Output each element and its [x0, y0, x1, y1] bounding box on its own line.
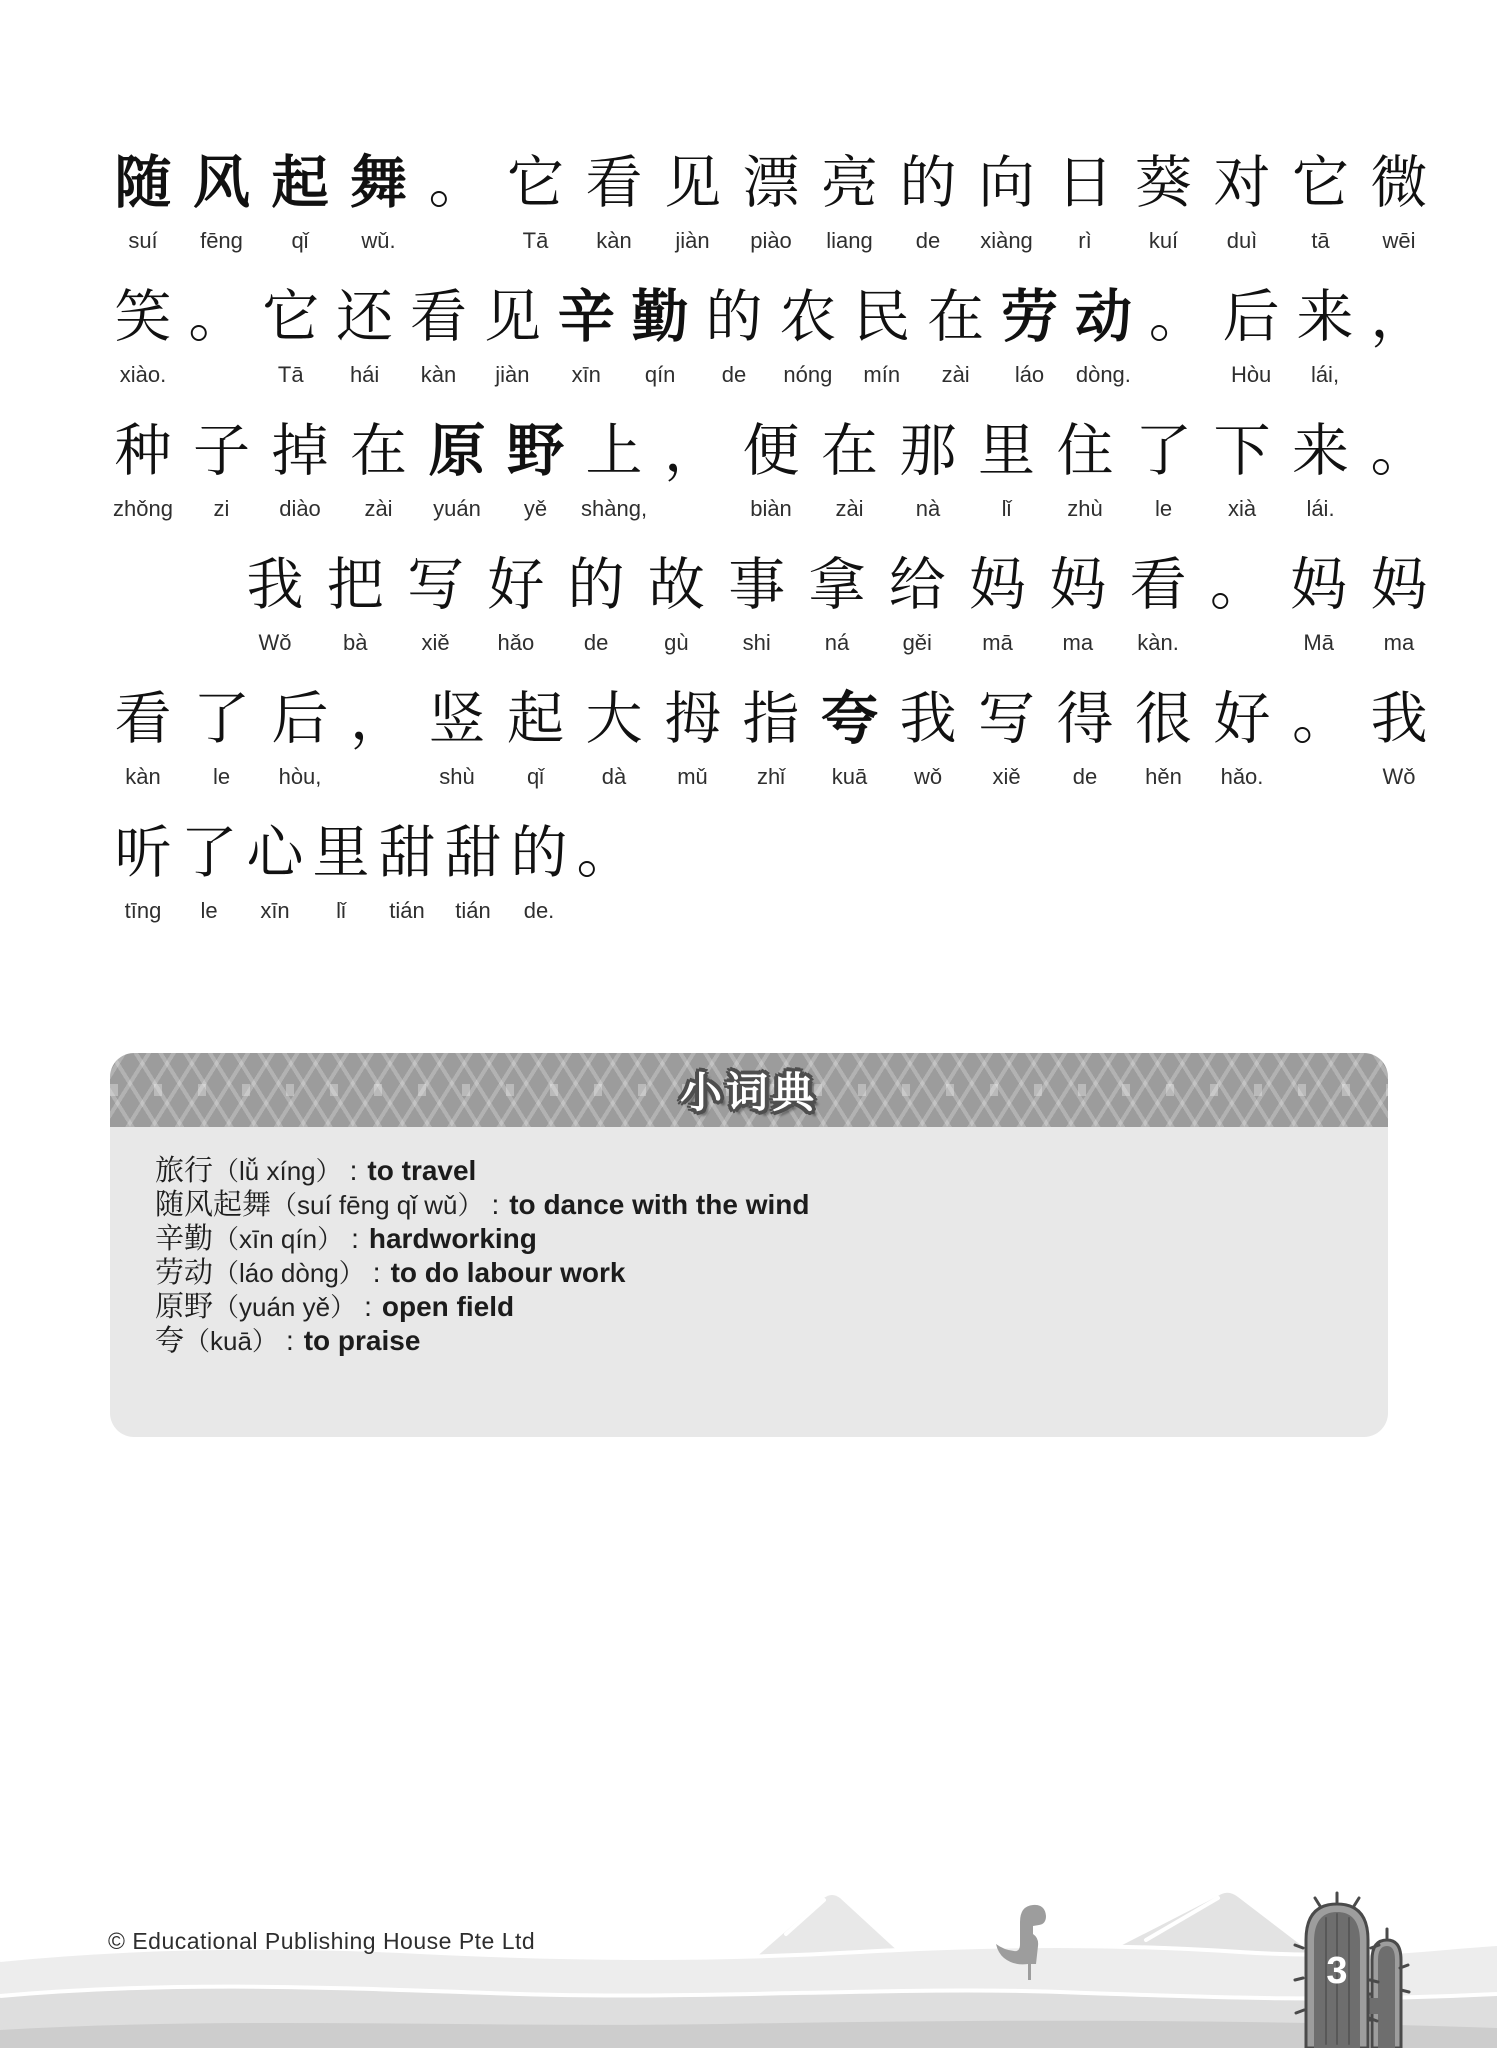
pinyin-syllable: mín	[849, 362, 915, 388]
glossary-pinyin: （kuā）	[184, 1326, 278, 1356]
hanzi-char: 我	[1366, 686, 1432, 752]
pinyin-syllable: yě	[503, 496, 569, 522]
hanzi-char: 。	[1288, 686, 1354, 752]
hanzi-char: 在	[817, 418, 883, 484]
pinyin-syllable: suí	[110, 228, 176, 254]
page-number: 3	[1317, 1950, 1357, 1993]
pinyin-syllable: zài	[817, 496, 883, 522]
hanzi-char: 的	[506, 820, 572, 886]
text-line: 我把写好的故事拿给妈妈看。妈妈 Wǒbàxiěhǎodegùshinágěimā…	[110, 552, 1432, 656]
glossary-pinyin: （yuán yě）	[213, 1292, 356, 1322]
hanzi-row: 听了心里甜甜的。	[110, 820, 1432, 886]
hanzi-char: 竖	[424, 686, 490, 752]
hanzi-char: 来	[1292, 284, 1358, 350]
hanzi-char: 下	[1209, 418, 1275, 484]
pinyin-syllable: qǐ	[503, 764, 569, 790]
hanzi-char: 微	[1366, 150, 1432, 216]
hanzi-char: 原	[424, 418, 490, 484]
glossary-meaning: open field	[382, 1291, 514, 1322]
hanzi-char: 笑	[110, 284, 176, 350]
pinyin-syllable: gù	[643, 630, 709, 656]
copyright-text: © Educational Publishing House Pte Ltd	[108, 1928, 535, 1955]
hanzi-char: 得	[1052, 686, 1118, 752]
pinyin-syllable: de	[895, 228, 961, 254]
pinyin-row: tīnglexīnlǐtiántiánde.	[110, 898, 1432, 924]
hanzi-char: 我	[242, 552, 308, 618]
hanzi-char: 野	[503, 418, 569, 484]
hanzi-char: 了	[1131, 418, 1197, 484]
pinyin-syllable: zhǒng	[110, 496, 176, 522]
pinyin-syllable: ma	[1366, 630, 1432, 656]
pinyin-syllable: tián	[440, 898, 506, 924]
hanzi-char: 指	[738, 686, 804, 752]
pinyin-syllable: zài	[923, 362, 989, 388]
pinyin-syllable	[660, 496, 726, 522]
hanzi-char: 看	[1125, 552, 1191, 618]
hanzi-char: 大	[581, 686, 647, 752]
hanzi-char: 上	[581, 418, 647, 484]
hanzi-char: 写	[403, 552, 469, 618]
pinyin-syllable	[1366, 496, 1432, 522]
glossary-entry: 辛勤（xīn qín）:hardworking	[155, 1221, 1388, 1255]
hanzi-char: 便	[738, 418, 804, 484]
hanzi-char: 子	[189, 418, 255, 484]
hanzi-char: 对	[1209, 150, 1275, 216]
pinyin-syllable: bà	[322, 630, 388, 656]
pinyin-syllable: ma	[1045, 630, 1111, 656]
hanzi-char: 在	[346, 418, 412, 484]
glossary-term: 劳动	[155, 1255, 213, 1289]
pinyin-syllable: jiàn	[660, 228, 726, 254]
hanzi-char: ，	[1366, 284, 1432, 350]
hanzi-char: 的	[895, 150, 961, 216]
hanzi-char: 见	[660, 150, 726, 216]
pinyin-syllable: de	[563, 630, 629, 656]
pinyin-syllable: nà	[895, 496, 961, 522]
hanzi-char: 事	[724, 552, 790, 618]
pinyin-syllable: kàn	[581, 228, 647, 254]
glossary-term: 随风起舞	[155, 1187, 271, 1221]
text-line: 听了心里甜甜的。 tīnglexīnlǐtiántiánde.	[110, 820, 1432, 924]
hanzi-char: 听	[110, 820, 176, 886]
pinyin-syllable: Mā	[1286, 630, 1352, 656]
pinyin-syllable: le	[176, 898, 242, 924]
text-line: 看了后，竖起大拇指夸我写得很好。我 kànlehòu,shùqǐdàmǔzhǐk…	[110, 686, 1432, 790]
pinyin-syllable: de.	[506, 898, 572, 924]
hanzi-char: 葵	[1131, 150, 1197, 216]
pinyin-syllable: qín	[627, 362, 693, 388]
glossary-meaning: to dance with the wind	[509, 1189, 809, 1220]
pinyin-syllable: zhù	[1052, 496, 1118, 522]
pinyin-syllable: Wǒ	[242, 630, 308, 656]
glossary-separator: :	[286, 1325, 294, 1356]
pinyin-syllable: hòu,	[267, 764, 333, 790]
glossary-entry: 旅行（lǚ xíng）:to travel	[155, 1153, 1388, 1187]
pinyin-row: suífēngqǐwǔ.Tākànjiànpiàoliangdexiàngrìk…	[110, 228, 1432, 254]
hanzi-char: 后	[1218, 284, 1284, 350]
glossary-meaning: hardworking	[369, 1223, 537, 1254]
glossary-separator: :	[491, 1189, 499, 1220]
pinyin-syllable: lǐ	[974, 496, 1040, 522]
reading-text: 随风起舞。它看见漂亮的向日葵对它微 suífēngqǐwǔ.Tākànjiànp…	[110, 150, 1432, 954]
hanzi-char: 后	[267, 686, 333, 752]
hanzi-char: 里	[308, 820, 374, 886]
pinyin-syllable: kuí	[1131, 228, 1197, 254]
hanzi-char: 了	[189, 686, 255, 752]
pinyin-syllable: láo	[997, 362, 1063, 388]
glossary-pinyin: （xīn qín）	[213, 1224, 343, 1254]
hanzi-char: 日	[1052, 150, 1118, 216]
glossary-meaning: to do labour work	[391, 1257, 626, 1288]
glossary-separator: :	[373, 1257, 381, 1288]
hanzi-char: 妈	[1366, 552, 1432, 618]
glossary-box: 小词典 旅行（lǚ xíng）:to travel 随风起舞（suí fēng …	[110, 1053, 1388, 1437]
pinyin-row: Wǒbàxiěhǎodegùshinágěimāmakàn.Māma	[242, 630, 1432, 656]
hanzi-char: 拇	[660, 686, 726, 752]
text-line: 种子掉在原野上，便在那里住了下来。 zhǒngzidiàozàiyuányěsh…	[110, 418, 1432, 522]
hanzi-char: 民	[849, 284, 915, 350]
pinyin-syllable: dà	[581, 764, 647, 790]
pinyin-syllable: qǐ	[267, 228, 333, 254]
hanzi-char: 故	[643, 552, 709, 618]
pinyin-syllable	[1288, 764, 1354, 790]
pinyin-syllable: hǎo.	[1209, 764, 1275, 790]
pinyin-syllable: zi	[189, 496, 255, 522]
hanzi-char: 了	[176, 820, 242, 886]
pinyin-row: xiào.Tāháikànjiànxīnqíndenóngmínzàiláodò…	[110, 362, 1432, 388]
pinyin-syllable: zài	[346, 496, 412, 522]
glossary-separator: :	[350, 1155, 358, 1186]
pinyin-syllable: Tā	[503, 228, 569, 254]
glossary-separator: :	[351, 1223, 359, 1254]
pinyin-syllable: wǒ	[895, 764, 961, 790]
pinyin-syllable: kuā	[817, 764, 883, 790]
glossary-entry: 夸（kuā）:to praise	[155, 1323, 1388, 1357]
pinyin-syllable: ná	[804, 630, 870, 656]
hanzi-char: 起	[267, 150, 333, 216]
pinyin-syllable: lái,	[1292, 362, 1358, 388]
hanzi-char: 给	[884, 552, 950, 618]
hanzi-char: 动	[1070, 284, 1136, 350]
pinyin-syllable: xià	[1209, 496, 1275, 522]
pinyin-syllable: hái	[332, 362, 398, 388]
hanzi-char: 来	[1288, 418, 1354, 484]
glossary-entry: 随风起舞（suí fēng qǐ wǔ）:to dance with the w…	[155, 1187, 1388, 1221]
hanzi-char: 写	[974, 686, 1040, 752]
hanzi-char: 舞	[346, 150, 412, 216]
hanzi-char: 拿	[804, 552, 870, 618]
pinyin-syllable: kàn.	[1125, 630, 1191, 656]
pinyin-syllable: wǔ.	[346, 228, 412, 254]
pinyin-syllable	[1205, 630, 1271, 656]
pinyin-syllable: Tā	[258, 362, 324, 388]
hanzi-char: 它	[258, 284, 324, 350]
hanzi-char: 的	[563, 552, 629, 618]
hanzi-char: 随	[110, 150, 176, 216]
pinyin-syllable: tián	[374, 898, 440, 924]
glossary-pinyin: （suí fēng qǐ wǔ）	[271, 1190, 483, 1220]
pinyin-row: zhǒngzidiàozàiyuányěshàng,biànzàinàlǐzhù…	[110, 496, 1432, 522]
pinyin-syllable	[1366, 362, 1432, 388]
hanzi-char: 看	[406, 284, 472, 350]
pinyin-syllable: le	[1131, 496, 1197, 522]
pinyin-syllable: shù	[424, 764, 490, 790]
hanzi-char: 里	[974, 418, 1040, 484]
pinyin-syllable: diào	[267, 496, 333, 522]
pinyin-syllable: Hòu	[1218, 362, 1284, 388]
hanzi-char: 起	[503, 686, 569, 752]
pinyin-syllable: de	[701, 362, 767, 388]
hanzi-char: 妈	[1045, 552, 1111, 618]
pinyin-syllable: liang	[817, 228, 883, 254]
hanzi-row: 种子掉在原野上，便在那里住了下来。	[110, 418, 1432, 484]
hanzi-char: 把	[322, 552, 388, 618]
glossary-entry: 原野（yuán yě）:open field	[155, 1289, 1388, 1323]
hanzi-char: 甜	[440, 820, 506, 886]
pinyin-syllable	[1144, 362, 1210, 388]
glossary-entry: 劳动（láo dòng）:to do labour work	[155, 1255, 1388, 1289]
pinyin-syllable: xīn	[242, 898, 308, 924]
pinyin-syllable: shàng,	[581, 496, 647, 522]
glossary-term: 辛勤	[155, 1221, 213, 1255]
pinyin-syllable: dòng.	[1070, 362, 1136, 388]
hanzi-char: ，	[346, 686, 412, 752]
hanzi-char: 心	[242, 820, 308, 886]
pinyin-syllable: Wǒ	[1366, 764, 1432, 790]
pinyin-syllable: xiàng	[974, 228, 1040, 254]
pinyin-syllable: xiào.	[110, 362, 176, 388]
glossary-header: 小词典	[110, 1053, 1388, 1127]
glossary-separator: :	[364, 1291, 372, 1322]
hanzi-char: 还	[332, 284, 398, 350]
hanzi-char: 漂	[738, 150, 804, 216]
pinyin-syllable: zhǐ	[738, 764, 804, 790]
hanzi-char: ，	[660, 418, 726, 484]
glossary-meaning: to praise	[304, 1325, 421, 1356]
pinyin-syllable: shi	[724, 630, 790, 656]
glossary-pinyin: （láo dòng）	[213, 1258, 365, 1288]
glossary-term: 原野	[155, 1289, 213, 1323]
pinyin-syllable: tā	[1288, 228, 1354, 254]
pinyin-syllable: fēng	[189, 228, 255, 254]
pinyin-row: kànlehòu,shùqǐdàmǔzhǐkuāwǒxiědehěnhǎo.Wǒ	[110, 764, 1432, 790]
hanzi-char: 夸	[817, 686, 883, 752]
hanzi-row: 随风起舞。它看见漂亮的向日葵对它微	[110, 150, 1432, 216]
hanzi-char: 掉	[267, 418, 333, 484]
hanzi-char: 。	[1144, 284, 1210, 350]
pinyin-syllable: mā	[965, 630, 1031, 656]
pinyin-syllable: rì	[1052, 228, 1118, 254]
hanzi-row: 笑。它还看见辛勤的农民在劳动。后来，	[110, 284, 1432, 350]
hanzi-char: 它	[1288, 150, 1354, 216]
pinyin-syllable: xīn	[553, 362, 619, 388]
glossary-term: 夸	[155, 1323, 184, 1357]
textbook-page: { "colors": { "page_bg": "#ffffff", "tex…	[0, 0, 1497, 2048]
pinyin-syllable: lǐ	[308, 898, 374, 924]
hanzi-char: 向	[974, 150, 1040, 216]
glossary-title: 小词典	[680, 1060, 818, 1120]
pinyin-syllable: xiě	[403, 630, 469, 656]
pinyin-syllable: lái.	[1288, 496, 1354, 522]
hanzi-char: 。	[424, 150, 490, 216]
hanzi-char: 看	[581, 150, 647, 216]
hanzi-char: 。	[572, 820, 638, 886]
hanzi-row: 看了后，竖起大拇指夸我写得很好。我	[110, 686, 1432, 752]
hanzi-char: 好	[1209, 686, 1275, 752]
pinyin-syllable: piào	[738, 228, 804, 254]
hanzi-char: 在	[923, 284, 989, 350]
pinyin-syllable: tīng	[110, 898, 176, 924]
hanzi-char: 劳	[997, 284, 1063, 350]
hanzi-char: 那	[895, 418, 961, 484]
hanzi-row: 我把写好的故事拿给妈妈看。妈妈	[242, 552, 1432, 618]
pinyin-syllable	[184, 362, 250, 388]
hanzi-char: 看	[110, 686, 176, 752]
pinyin-syllable: kàn	[110, 764, 176, 790]
pinyin-syllable: biàn	[738, 496, 804, 522]
hanzi-char: 农	[775, 284, 841, 350]
pinyin-syllable	[346, 764, 412, 790]
hanzi-char: 风	[189, 150, 255, 216]
hanzi-char: 甜	[374, 820, 440, 886]
hanzi-char: 辛	[553, 284, 619, 350]
hanzi-char: 好	[483, 552, 549, 618]
pinyin-syllable: de	[1052, 764, 1118, 790]
pinyin-syllable: jiàn	[479, 362, 545, 388]
pinyin-syllable: hěn	[1131, 764, 1197, 790]
hanzi-char: 很	[1131, 686, 1197, 752]
glossary-body: 旅行（lǚ xíng）:to travel 随风起舞（suí fēng qǐ w…	[110, 1127, 1388, 1437]
hanzi-char: 种	[110, 418, 176, 484]
pinyin-syllable: le	[189, 764, 255, 790]
hanzi-char: 我	[895, 686, 961, 752]
pinyin-syllable: gěi	[884, 630, 950, 656]
hanzi-char: 它	[503, 150, 569, 216]
hanzi-char: 勤	[627, 284, 693, 350]
pinyin-syllable: mǔ	[660, 764, 726, 790]
pinyin-syllable: wēi	[1366, 228, 1432, 254]
pinyin-syllable	[572, 898, 638, 924]
pinyin-syllable: yuán	[424, 496, 490, 522]
text-line: 笑。它还看见辛勤的农民在劳动。后来， xiào.Tāháikànjiànxīnq…	[110, 284, 1432, 388]
pinyin-syllable: kàn	[406, 362, 472, 388]
hanzi-char: 妈	[965, 552, 1031, 618]
pinyin-syllable	[424, 228, 490, 254]
pinyin-syllable: duì	[1209, 228, 1275, 254]
hanzi-char: 亮	[817, 150, 883, 216]
glossary-term: 旅行	[155, 1153, 213, 1187]
hanzi-char: 住	[1052, 418, 1118, 484]
hanzi-char: 。	[1366, 418, 1432, 484]
hanzi-char: 妈	[1286, 552, 1352, 618]
pinyin-syllable: xiě	[974, 764, 1040, 790]
hanzi-char: 。	[184, 284, 250, 350]
text-line: 随风起舞。它看见漂亮的向日葵对它微 suífēngqǐwǔ.Tākànjiànp…	[110, 150, 1432, 254]
pinyin-syllable: hǎo	[483, 630, 549, 656]
glossary-meaning: to travel	[367, 1155, 476, 1186]
pinyin-syllable: nóng	[775, 362, 841, 388]
hanzi-char: 的	[701, 284, 767, 350]
glossary-pinyin: （lǚ xíng）	[213, 1156, 342, 1186]
hanzi-char: 见	[479, 284, 545, 350]
hanzi-char: 。	[1205, 552, 1271, 618]
